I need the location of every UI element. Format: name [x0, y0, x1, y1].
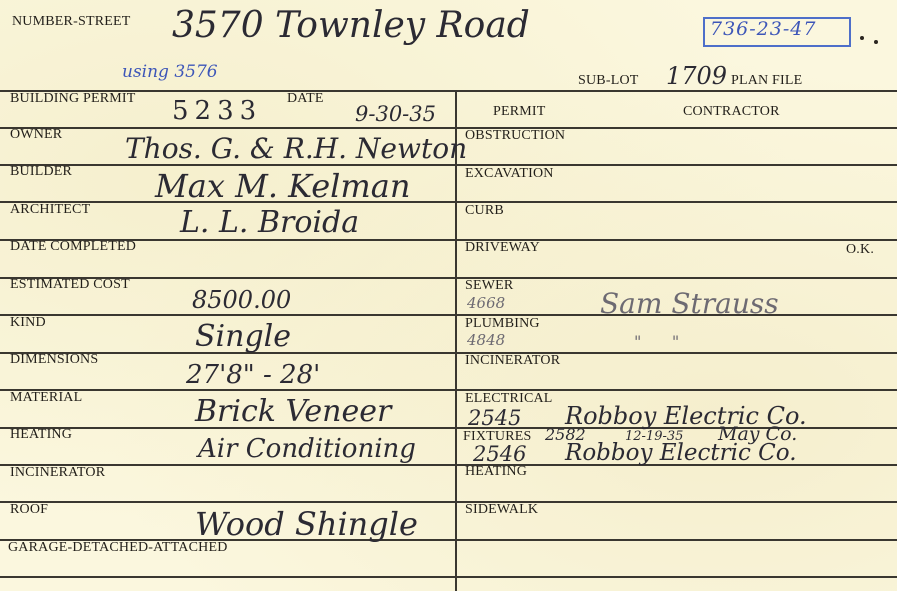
field-label-garage: GARAGE-DETACHED-ATTACHED: [8, 541, 228, 555]
row-divider: [0, 127, 897, 129]
permit-label-obstruction: OBSTRUCTION: [465, 129, 565, 143]
contractor-column-header: CONTRACTOR: [683, 105, 780, 119]
permit-label-driveway: DRIVEWAY: [465, 241, 540, 255]
plan-file-label: PLAN FILE: [731, 74, 802, 88]
field-label-roof: ROOF: [10, 503, 48, 517]
ink-dot: [874, 40, 878, 44]
permit-label-incinerator: INCINERATOR: [465, 354, 560, 368]
file-number-value: 736-23-47: [710, 20, 816, 39]
field-label-date-completed: DATE COMPLETED: [10, 240, 136, 254]
driveway-status: O.K.: [846, 243, 874, 257]
sub-lot-value: 1709: [666, 64, 727, 88]
field-label-kind: KIND: [10, 316, 46, 330]
number-street-label: NUMBER-STREET: [12, 15, 131, 29]
field-label-estimated-cost: ESTIMATED COST: [10, 278, 130, 292]
field-label-dimensions: DIMENSIONS: [10, 353, 98, 367]
number-street-value: 3570 Townley Road: [172, 8, 530, 44]
permit-label-heating: HEATING: [465, 465, 527, 479]
permit-label-sewer: SEWER: [465, 279, 513, 293]
owner-value: Thos. G. & R.H. Newton: [125, 135, 467, 163]
dimensions-value: 27'8" - 28': [186, 362, 320, 388]
building-permit-value: 5233: [172, 98, 262, 124]
row-divider: [0, 389, 897, 391]
date-label: DATE: [287, 92, 324, 106]
permit-card: NUMBER-STREET 3570 Townley Road using 35…: [0, 0, 897, 591]
permit-label-curb: CURB: [465, 204, 504, 218]
row-divider: [0, 352, 897, 354]
sewer-permit-number: 4668: [467, 296, 505, 311]
architect-value: L. L. Broida: [180, 208, 359, 238]
ink-dot: [860, 36, 864, 40]
fixtures-extra-contractor: Robboy Electric Co.: [565, 442, 797, 465]
column-divider: [455, 90, 457, 591]
field-label-architect: ARCHITECT: [10, 203, 90, 217]
field-label-heating: HEATING: [10, 428, 72, 442]
field-label-material: MATERIAL: [10, 391, 82, 405]
permit-label-excavation: EXCAVATION: [465, 167, 554, 181]
permit-label-electrical: ELECTRICAL: [465, 392, 553, 406]
field-label-builder: BUILDER: [10, 165, 72, 179]
date-value: 9-30-35: [355, 104, 436, 125]
sewer-contractor: Sam Strauss: [600, 290, 779, 318]
address-note: using 3576: [122, 64, 218, 81]
row-divider: [0, 501, 897, 503]
row-divider: [0, 576, 897, 578]
plumbing-permit-number: 4848: [467, 333, 505, 348]
fixtures-extra-permit-number: 2546: [473, 444, 526, 465]
row-divider: [0, 277, 897, 279]
builder-value: Max M. Kelman: [155, 170, 410, 202]
permit-label-sidewalk: SIDEWALK: [465, 503, 538, 517]
material-value: Brick Veneer: [195, 397, 391, 427]
kind-value: Single: [195, 322, 291, 352]
row-divider: [0, 201, 897, 203]
sub-lot-label: SUB-LOT: [578, 74, 639, 88]
permit-column-header: PERMIT: [493, 105, 546, 119]
plumbing-contractor: " ": [634, 334, 679, 350]
electrical-permit-number: 2545: [468, 408, 521, 429]
field-label-owner: OWNER: [10, 128, 62, 142]
field-label-building-permit: BUILDING PERMIT: [10, 92, 136, 106]
field-label-incinerator: INCINERATOR: [10, 466, 105, 480]
permit-label-plumbing: PLUMBING: [465, 317, 540, 331]
roof-value: Wood Shingle: [195, 508, 418, 540]
estimated-cost-value: 8500.00: [192, 288, 291, 312]
heating-value: Air Conditioning: [198, 436, 416, 462]
